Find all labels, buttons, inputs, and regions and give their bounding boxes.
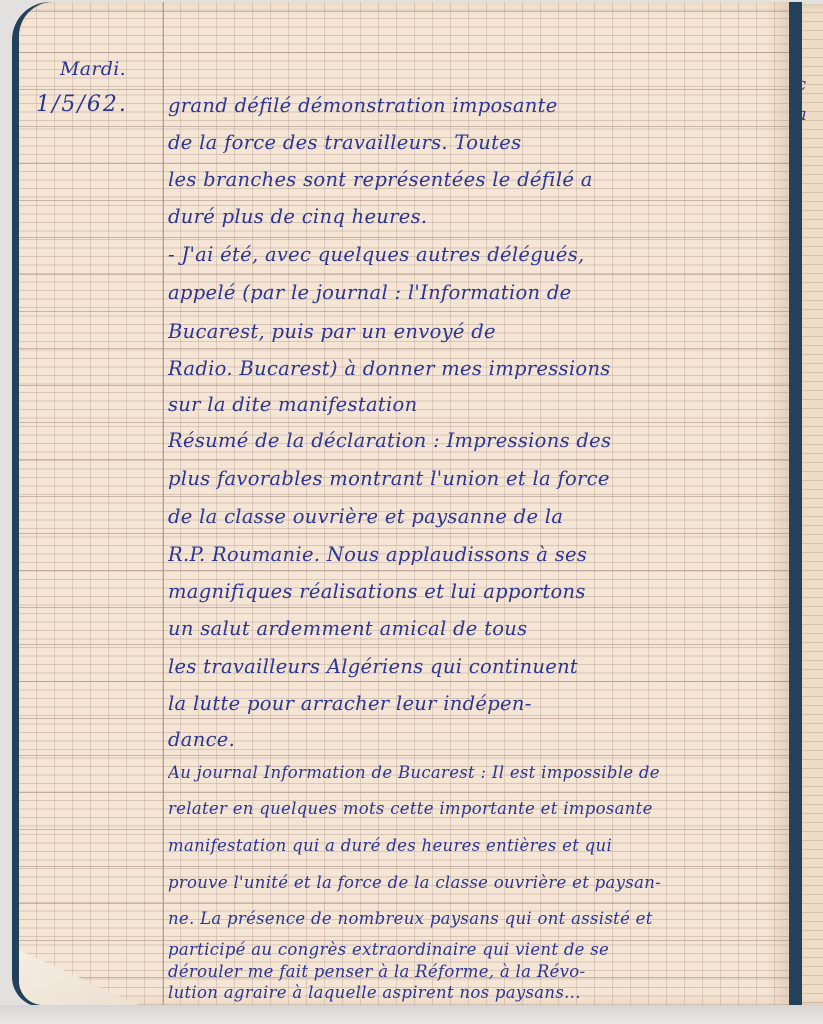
text-line: sur la dite manifestation xyxy=(168,393,778,416)
entry-date: 1/5/62. xyxy=(36,92,128,117)
text-line: de la force des travailleurs. Toutes xyxy=(168,131,778,154)
text-line: magnifiques réalisations et lui apporton… xyxy=(168,580,778,603)
text-line: ne. La présence de nombreux paysans qui … xyxy=(168,909,778,928)
text-line: dance. xyxy=(168,728,778,751)
text-line: - J'ai été, avec quelques autres délégué… xyxy=(168,243,778,266)
text-line: les branches sont représentées le défilé… xyxy=(168,168,778,191)
text-line: appelé (par le journal : l'Information d… xyxy=(168,281,778,304)
entry-day: Mardi. xyxy=(60,58,126,80)
text-line: un salut ardemment amical de tous xyxy=(168,617,778,640)
text-line: Résumé de la déclaration : Impressions d… xyxy=(168,429,778,452)
text-line: les travailleurs Algériens qui continuen… xyxy=(168,655,778,678)
text-line: duré plus de cinq heures. xyxy=(168,205,778,228)
text-line: grand défilé démonstration imposante xyxy=(168,94,778,117)
text-line: R.P. Roumanie. Nous applaudissons à ses xyxy=(168,543,778,566)
text-line: plus favorables montrant l'union et la f… xyxy=(168,467,778,490)
text-line: participé au congrès extraordinaire qui … xyxy=(168,940,778,959)
text-line: relater en quelques mots cette important… xyxy=(168,799,778,818)
margin-line xyxy=(163,2,164,1005)
text-line: manifestation qui a duré des heures enti… xyxy=(168,836,778,855)
text-line: lution agraire à laquelle aspirent nos p… xyxy=(168,983,778,1002)
text-line: Au journal Information de Bucarest : Il … xyxy=(168,763,778,782)
text-line: de la classe ouvrière et paysanne de la xyxy=(168,505,778,528)
text-line: Radio. Bucarest) à donner mes impression… xyxy=(168,357,778,380)
scan-background xyxy=(0,1005,823,1024)
notebook-scene: c a Mardi. 1/5/62. grand défilé démonstr… xyxy=(0,0,823,1024)
text-line: Bucarest, puis par un envoyé de xyxy=(168,320,778,343)
text-line: dérouler me fait penser à la Réforme, à … xyxy=(168,962,778,981)
text-line: la lutte pour arracher leur indépen- xyxy=(168,692,778,715)
text-line: prouve l'unité et la force de la classe … xyxy=(168,873,778,892)
